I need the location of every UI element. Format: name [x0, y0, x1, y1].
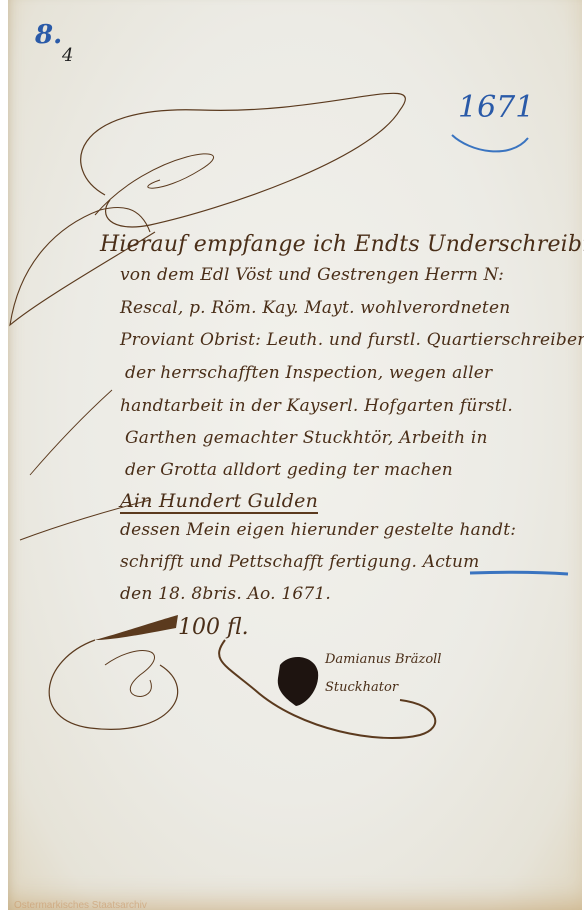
archive-watermark: Ostermarkisches Staatsarchiv — [14, 900, 147, 911]
text-line: Proviant Obrist: Leuth. und furstl. Quar… — [120, 330, 584, 350]
text-line: der herrschafften Inspection, wegen alle… — [125, 363, 492, 383]
folio-number: 8. — [35, 20, 62, 50]
manuscript-page — [8, 0, 582, 910]
signature-name: Damianus Bräzoll — [325, 652, 441, 667]
scan-margin — [0, 0, 8, 917]
folio-subnumber: 4 — [62, 45, 73, 66]
amount-in-words: Ain Hundert Gulden — [120, 490, 318, 514]
text-line: der Grotta alldort geding ter machen — [125, 460, 453, 480]
year-stamp: 1671 — [458, 90, 534, 125]
text-line: Hierauf empfange ich Endts Underschreibn… — [100, 232, 584, 257]
amount-figure: 100 fl. — [178, 615, 249, 640]
date-line: den 18. 8bris. Ao. 1671. — [120, 584, 331, 604]
text-line: schrifft und Pettschafft fertigung. Actu… — [120, 552, 479, 572]
text-line: Garthen gemachter Stuckhtör, Arbeith in — [125, 428, 488, 448]
text-line: Rescal, p. Röm. Kay. Mayt. wohlverordnet… — [120, 298, 510, 318]
text-line: handtarbeit in der Kayserl. Hofgarten fü… — [120, 396, 513, 416]
signature-title: Stuckhator — [325, 680, 398, 695]
text-line: dessen Mein eigen hierunder gestelte han… — [120, 520, 516, 540]
text-line: von dem Edl Vöst und Gestrengen Herrn N: — [120, 265, 504, 285]
